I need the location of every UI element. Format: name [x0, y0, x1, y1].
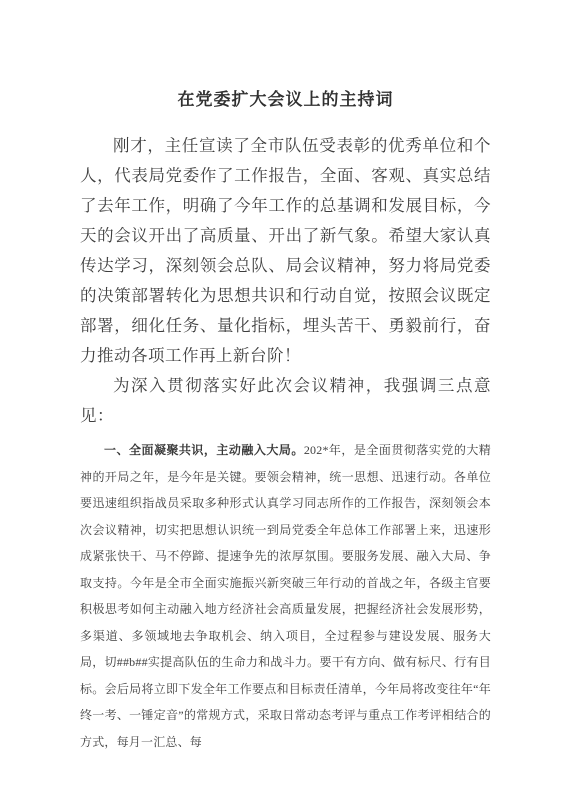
- point-1-heading: 一、全面凝聚共识，主动融入大局。: [104, 443, 304, 457]
- paragraph-opening: 刚才，主任宣读了全市队伍受表彰的优秀单位和个人，代表局党委作了工作报告，全面、客…: [80, 131, 491, 371]
- paragraph-point-1: 一、全面凝聚共识，主动融入大局。202*年，是全面贯彻落实党的大精神的开局之年，…: [80, 437, 491, 755]
- point-1-body: 202*年，是全面贯彻落实党的大精神的开局之年，是今年是关键。要领会精神，统一思…: [80, 443, 491, 749]
- document-content: 在党委扩大会议上的主持词 刚才，主任宣读了全市队伍受表彰的优秀单位和个人，代表局…: [0, 0, 570, 755]
- paragraph-transition: 为深入贯彻落实好此次会议精神，我强调三点意见：: [80, 371, 491, 431]
- document-page: 在党委扩大会议上的主持词 刚才，主任宣读了全市队伍受表彰的优秀单位和个人，代表局…: [0, 0, 570, 807]
- document-title: 在党委扩大会议上的主持词: [80, 88, 491, 112]
